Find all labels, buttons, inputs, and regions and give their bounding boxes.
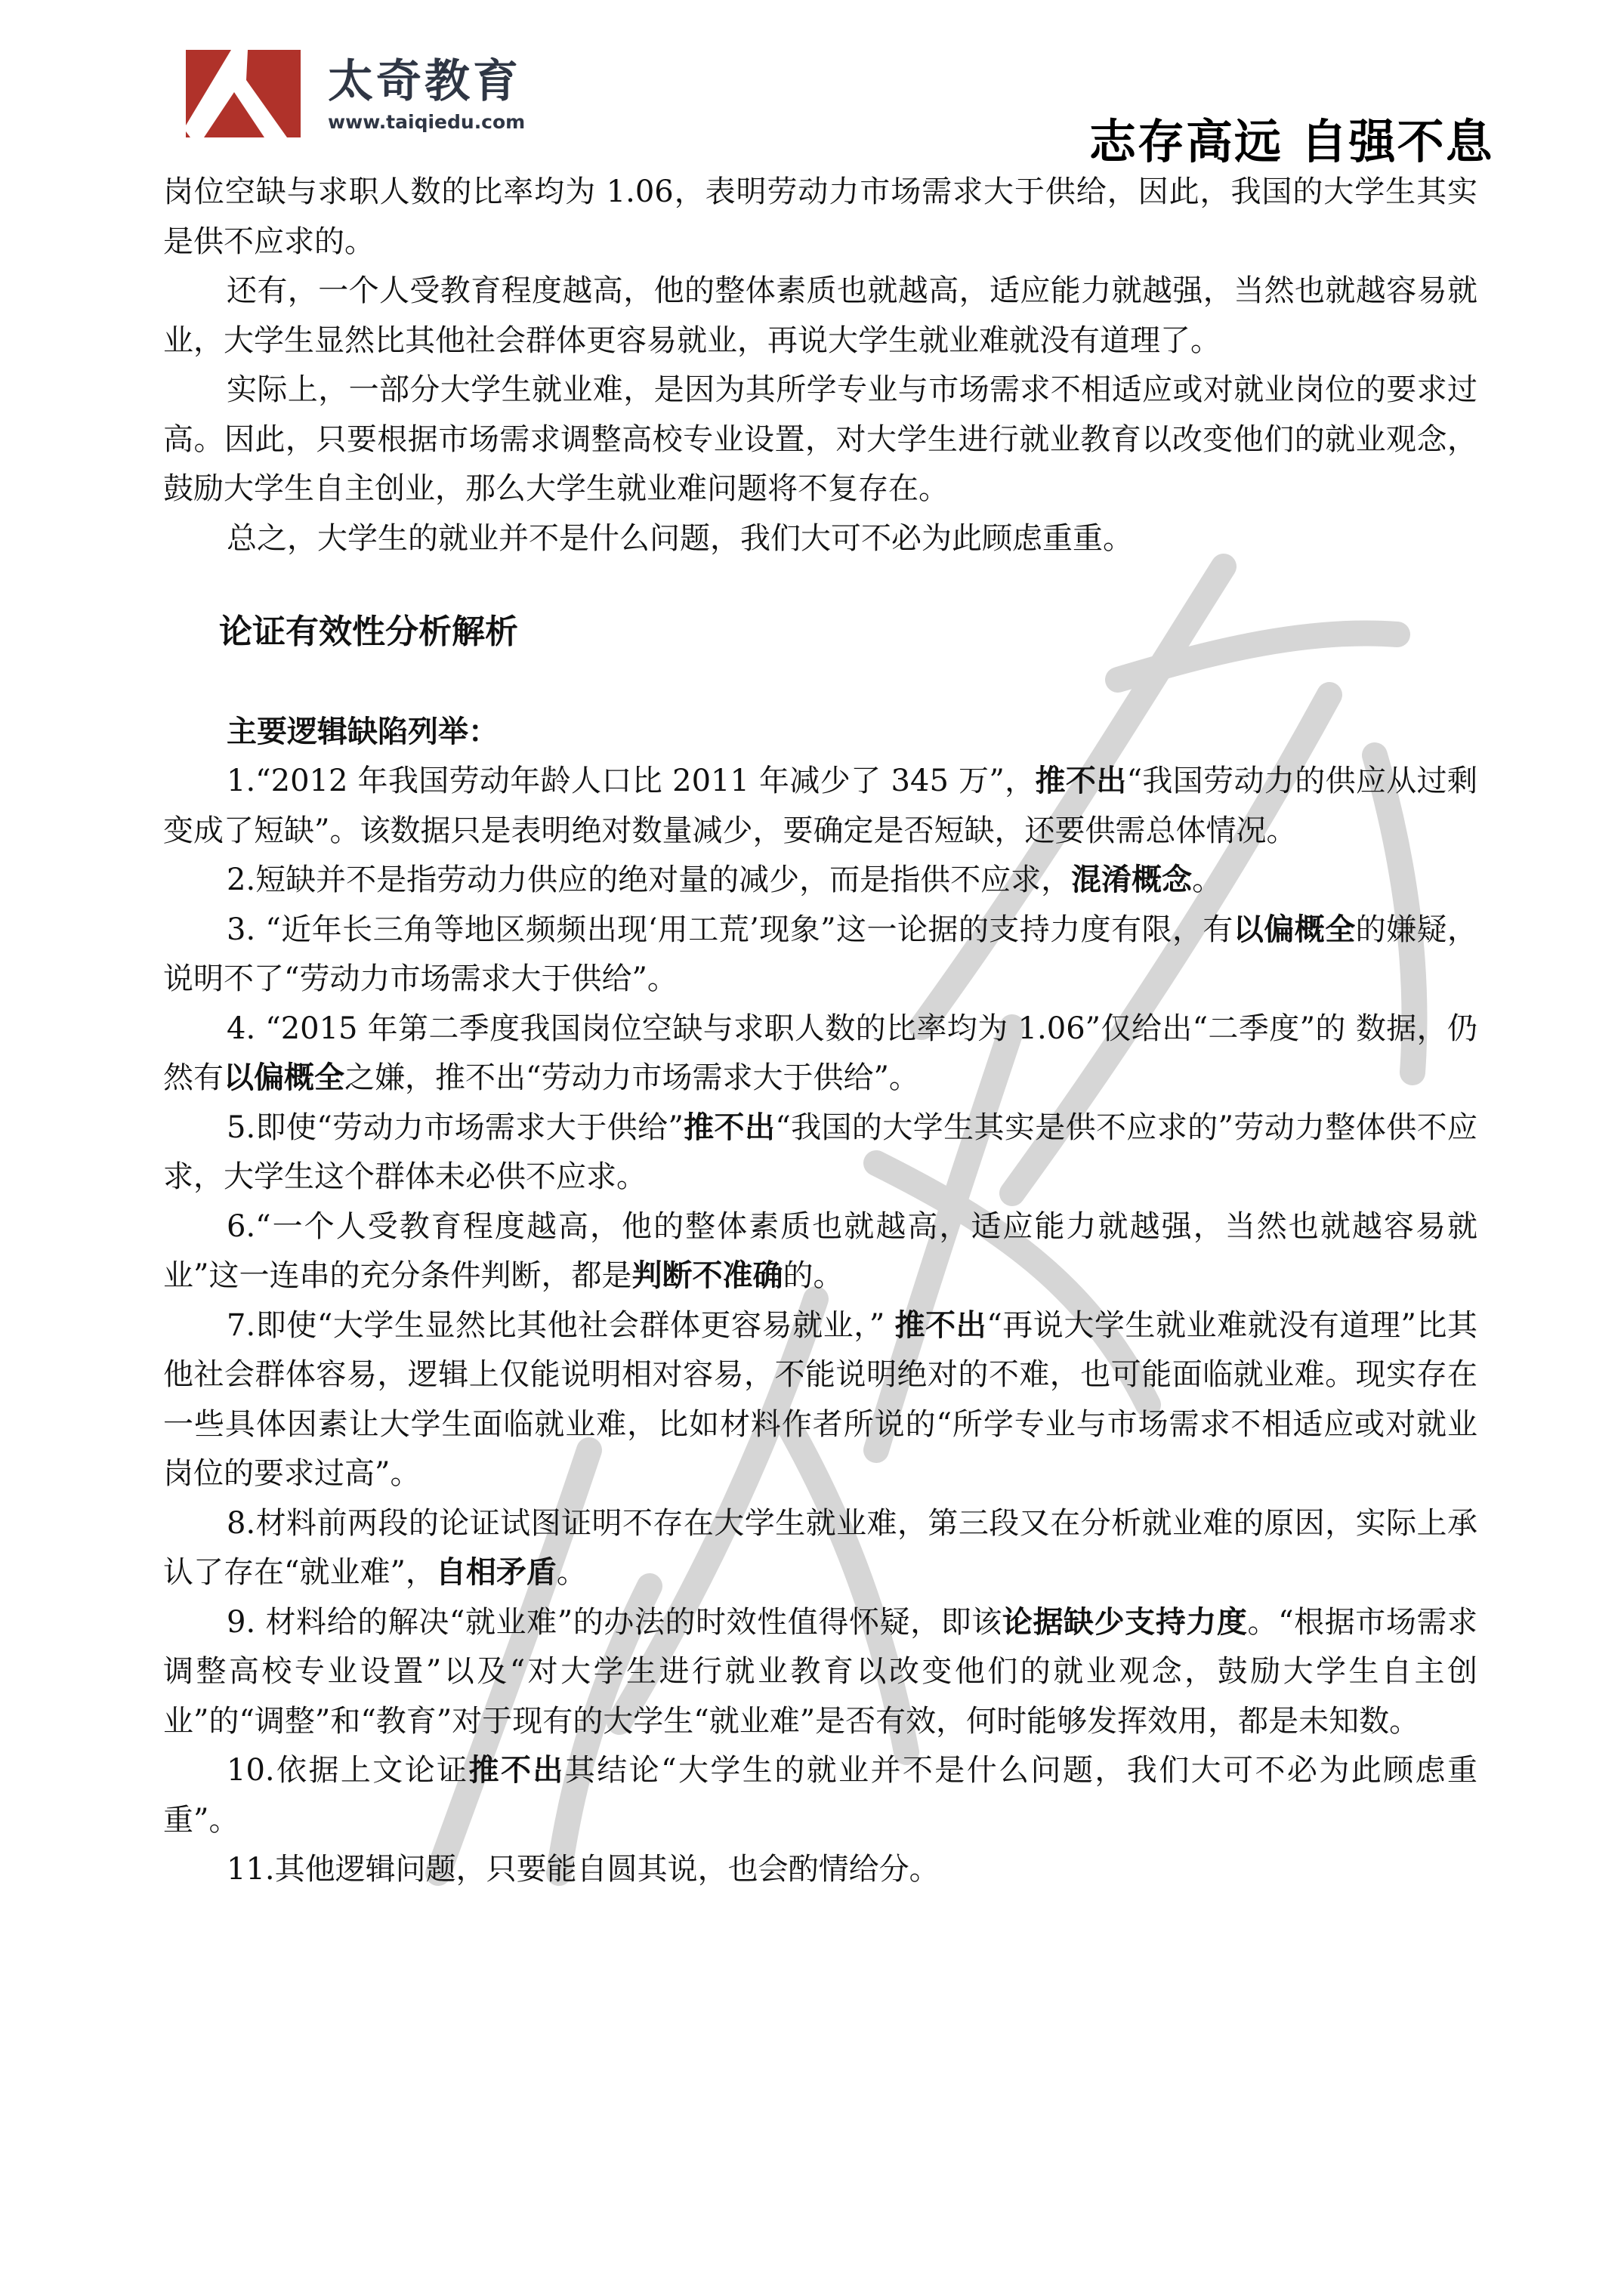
brand-url: www.taiqiedu.com (328, 111, 525, 133)
flaw-item-5: 5.即使“劳动力市场需求大于供给”推不出“我国的大学生其实是供不应求的”劳动力整… (163, 1103, 1477, 1202)
flaw-item-8: 8.材料前两段的论证试图证明不存在大学生就业难，第三段又在分析就业难的原因，实际… (163, 1499, 1477, 1598)
flaw-keyword: 判断不准确 (631, 1258, 783, 1293)
flaw-item-7: 7.即使“大学生显然比其他社会群体更容易就业，” 推不出“再说大学生就业难就没有… (163, 1301, 1477, 1499)
flaw-keyword: 论据缺少支持力度 (1002, 1605, 1248, 1640)
flaw-item-2: 2.短缺并不是指劳动力供应的绝对量的减少，而是指供不应求，混淆概念。 (163, 856, 1477, 906)
intro-paragraph-3: 实际上，一部分大学生就业难，是因为其所学专业与市场需求不相适应或对就业岗位的要求… (163, 366, 1477, 514)
flaw-item-10: 10.依据上文论证推不出其结论“大学生的就业并不是什么问题，我们大可不必为此顾虑… (163, 1746, 1477, 1845)
flaw-keyword: 自相矛盾 (436, 1555, 557, 1590)
flaw-item-1: 1.“2012 年我国劳动年龄人口比 2011 年减少了 345 万”，推不出“… (163, 757, 1477, 856)
document-body: 岗位空缺与求职人数的比率均为 1.06，表明劳动力市场需求大于供给，因此，我国的… (163, 168, 1477, 1895)
flaw-keyword: 混淆概念 (1071, 863, 1192, 897)
section-subheading: 主要逻辑缺陷列举： (227, 707, 1477, 757)
flaw-keyword: 以偏概全 (1233, 912, 1356, 947)
flaw-item-9: 9. 材料给的解决“就业难”的办法的时效性值得怀疑，即该论据缺少支持力度。“根据… (163, 1598, 1477, 1747)
flaw-keyword: 推不出 (469, 1753, 565, 1788)
slogan: 志存高远 自强不息 (1089, 104, 1494, 171)
flaw-item-4: 4. “2015 年第二季度我国岗位空缺与求职人数的比率均为 1.06”仅给出“… (163, 1005, 1477, 1103)
flaw-item-11: 11.其他逻辑问题，只要能自圆其说，也会酌情给分。 (163, 1845, 1477, 1895)
flaw-keyword: 推不出 (1036, 764, 1127, 798)
flaw-keyword: 以偏概全 (224, 1060, 344, 1095)
taiqi-logo-icon (186, 50, 301, 137)
intro-paragraph-2: 还有，一个人受教育程度越高，他的整体素质也就越高，适应能力就越强，当然也就越容易… (163, 267, 1477, 366)
brand-name: 太奇教育 (328, 55, 525, 108)
brand-logo: 太奇教育 www.taiqiedu.com (186, 50, 525, 137)
flaw-keyword: 推不出 (684, 1110, 776, 1145)
intro-paragraph-4: 总之，大学生的就业并不是什么问题，我们大可不必为此顾虑重重。 (163, 514, 1477, 564)
flaw-item-3: 3. “近年长三角等地区频频出现‘用工荒’现象”这一论据的支持力度有限，有以偏概… (163, 906, 1477, 1005)
intro-paragraph-1: 岗位空缺与求职人数的比率均为 1.06，表明劳动力市场需求大于供给，因此，我国的… (163, 168, 1477, 267)
flaw-keyword: 推不出 (895, 1308, 987, 1343)
flaw-item-6: 6.“一个人受教育程度越高，他的整体素质也就越高，适应能力就越强，当然也就越容易… (163, 1202, 1477, 1301)
section-title: 论证有效性分析解析 (219, 606, 1477, 659)
